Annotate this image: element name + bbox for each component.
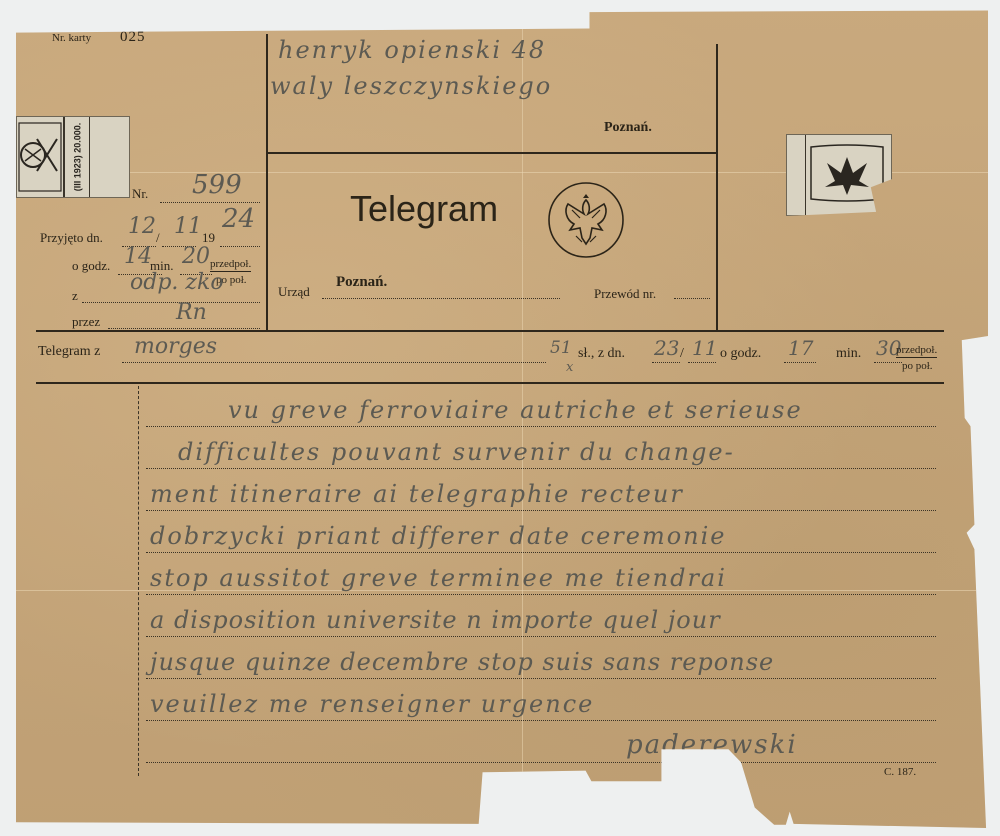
nr-value: 599 [192, 170, 242, 200]
year-line [220, 246, 260, 247]
origin-min-label: min. [836, 346, 861, 362]
via-value: Rn [176, 300, 207, 325]
from-label: z [72, 288, 78, 304]
received-label: Przyjęto dn. [40, 230, 103, 246]
stamp-print-run: (III 1923) 20.000. [72, 123, 82, 192]
frame-line [716, 44, 718, 330]
telegram-paper: Nr. karty 025 (III 1923) 20.000. henryk … [16, 8, 988, 828]
revenue-stamp-right [786, 134, 892, 216]
origin-day: 23 [654, 336, 679, 360]
year-suffix: 24 [222, 204, 255, 234]
message-line-1: vu greve ferroviaire autriche et serieus… [228, 396, 803, 424]
message-line-3: ment itineraire ai telegraphie recteur [150, 480, 684, 508]
received-day: 12 [128, 214, 156, 239]
origin-hour-line [784, 362, 816, 363]
from-line [82, 302, 260, 303]
message-line-7: jusque quinze decembre stop suis sans re… [150, 648, 774, 676]
card-number: 025 [120, 29, 146, 46]
frame-line [268, 152, 716, 154]
polish-eagle-icon [546, 180, 626, 260]
card-label: Nr. karty [52, 32, 91, 44]
origin-day-line [652, 362, 680, 363]
message-line-5: stop aussitot greve terminee me tiendrai [150, 564, 727, 592]
recipient-city-stamp: Poznań. [604, 120, 652, 136]
via-label: przez [72, 314, 100, 330]
recipient-street: waly leszczynskiego [270, 72, 552, 100]
frame-line [36, 382, 944, 384]
origin-am-label: przedpoł. [896, 344, 937, 358]
origin-pm-label: po poł. [902, 360, 933, 372]
word-count: 51 [550, 338, 572, 358]
line-number-label: Przewód nr. [594, 286, 656, 302]
origin-hour: 17 [788, 336, 813, 360]
recipient-name: henryk opienski 48 [278, 36, 546, 64]
office-value: Poznań. [336, 274, 387, 291]
telegram-title: Telegram [350, 188, 498, 230]
message-line-8: veuillez me renseigner urgence [150, 690, 594, 718]
frame-line [266, 34, 268, 330]
hour-value: 14 [124, 244, 152, 269]
via-line [108, 328, 260, 329]
office-line [322, 298, 560, 299]
frame-line [36, 330, 944, 332]
nr-label: Nr. [132, 186, 148, 202]
message-line-6: a disposition universite n importe quel … [150, 606, 721, 634]
margin-line [138, 386, 140, 776]
origin-place-line [122, 362, 546, 363]
from-value: odp. zko [130, 270, 224, 295]
revenue-stamp-left: (III 1923) 20.000. [16, 116, 130, 198]
min-value: 20 [182, 244, 210, 269]
message-line-4: dobrzycki priant differer date ceremonie [150, 522, 727, 550]
origin-hour-label: o godz. [720, 346, 761, 362]
origin-month-line [688, 362, 716, 363]
words-label: sł., z dn. [578, 346, 625, 362]
hour-label: o godz. [72, 258, 110, 274]
form-code: C. 187. [884, 766, 916, 778]
word-count-mark: x [566, 360, 573, 375]
origin-place: morges [134, 334, 217, 359]
polish-eagle-icon [807, 143, 887, 203]
origin-month: 11 [692, 336, 717, 360]
message-line-2: difficultes pouvant survenir du change- [178, 438, 735, 466]
signature: paderewski [626, 730, 798, 760]
origin-min-line [874, 362, 902, 363]
line-number-line [674, 298, 710, 299]
emblem-icon [17, 119, 63, 195]
received-month: 11 [174, 214, 202, 239]
nr-line [160, 202, 260, 203]
office-label: Urząd [278, 284, 310, 300]
origin-label: Telegram z [38, 344, 100, 360]
